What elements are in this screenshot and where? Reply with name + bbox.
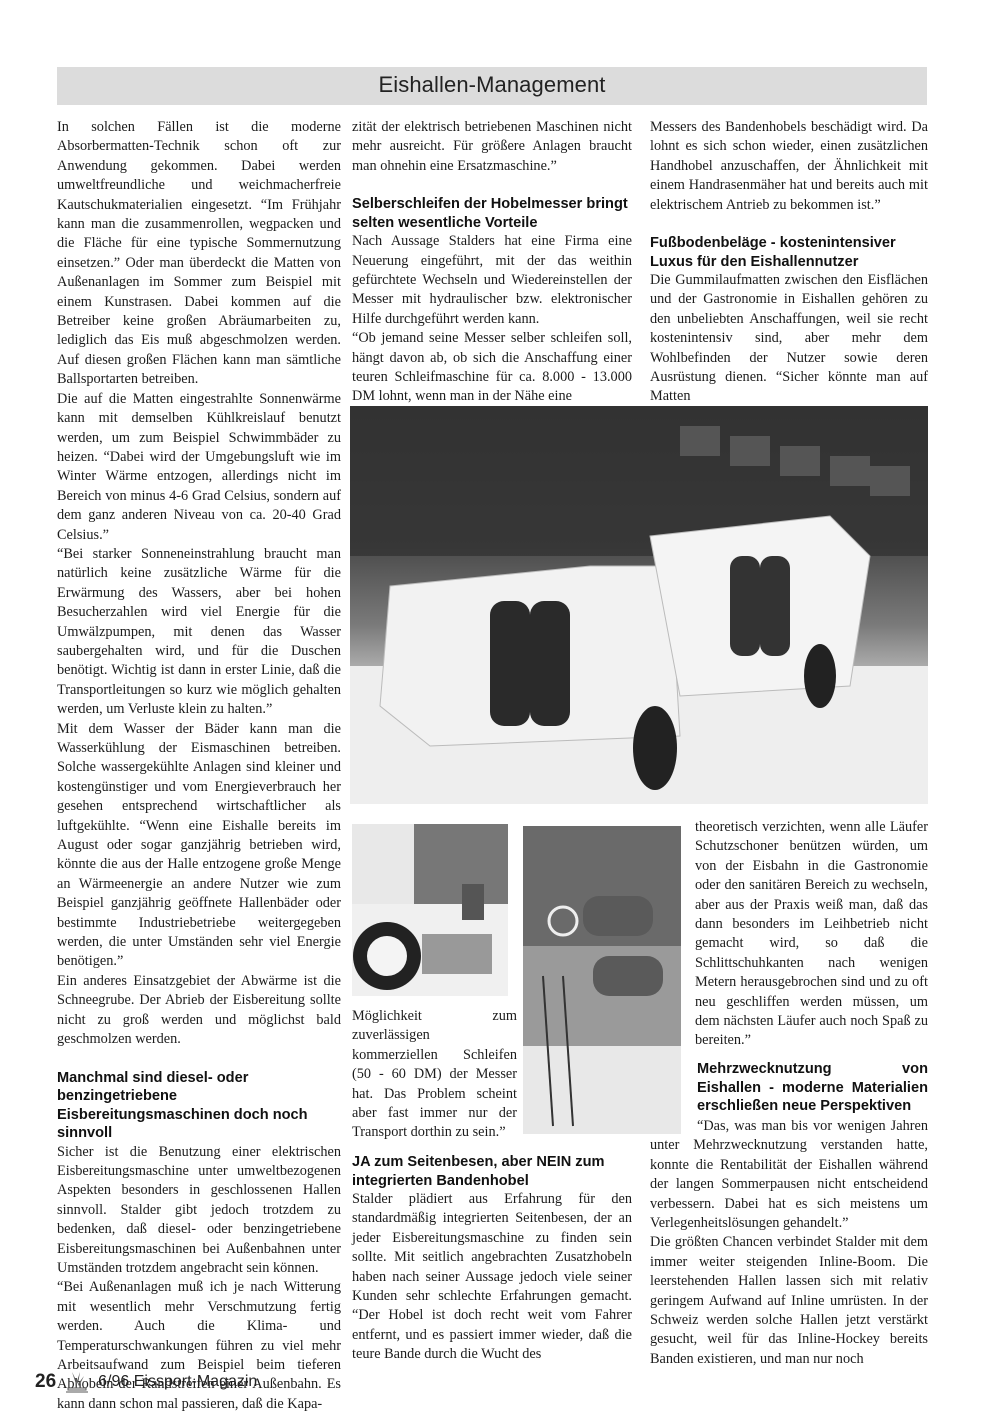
paragraph: Nach Aussage Stalders hat eine Firma ein… — [352, 232, 632, 329]
paragraph: Die auf die Matten eingestrahlte Sonnenw… — [57, 390, 341, 545]
column-1: In solchen Fällen ist die moderne Absorb… — [57, 118, 341, 1412]
paragraph: Möglichkeit zum zuverlässigen kommerziel… — [352, 1007, 517, 1143]
subheading: Fußbodenbeläge - kostenintensiver Luxus … — [650, 234, 928, 271]
subheading: JA zum Seitenbesen, aber NEIN zum integr… — [352, 1153, 632, 1190]
section-header-band: Eishallen-Management — [57, 67, 927, 105]
column-2-caption-text: Möglichkeit zum zuverlässigen kommerziel… — [352, 1007, 517, 1143]
column-2-top: zität der elektrisch betriebenen Maschin… — [352, 118, 632, 407]
section-title: Eishallen-Management — [57, 72, 927, 98]
paragraph: Die Gummilaufmatten zwischen den Eisfläc… — [650, 271, 928, 407]
paragraph: Ein anderes Einsatzgebiet der Abwärme is… — [57, 972, 341, 1050]
left-detail-photo — [352, 824, 508, 996]
column-3-middle: theoretisch verzichten, wenn alle Läufer… — [695, 818, 928, 1051]
paragraph: Messers des Bandenhobels beschädigt wird… — [650, 118, 928, 215]
paragraph: Die größten Chancen verbindet Stalder mi… — [650, 1233, 928, 1369]
paragraph: “Bei starker Sonneneinstrahlung braucht … — [57, 545, 341, 720]
column-3-heading-block: Mehrzwecknutzung von Eishallen - moderne… — [697, 1060, 928, 1116]
page-footer: 26 6/96 Eissport-Magazin — [35, 1370, 257, 1394]
subheading: Manchmal sind diesel- oder benzingetrieb… — [57, 1069, 341, 1143]
column-3-bottom: “Das, was man bis vor wenigen Jahren unt… — [650, 1117, 928, 1369]
column-2-bottom: JA zum Seitenbesen, aber NEIN zum integr… — [352, 1153, 632, 1365]
paragraph: zität der elektrisch betriebenen Maschin… — [352, 118, 632, 176]
ice-resurfacer-illustration — [350, 406, 928, 804]
paragraph: Mit dem Wasser der Bäder kann man die Wa… — [57, 720, 341, 972]
paragraph: “Ob jemand seine Messer selber schleifen… — [352, 329, 632, 407]
paragraph: Sicher ist die Benutzung einer elektrisc… — [57, 1143, 341, 1279]
subheading: Selberschleifen der Hobelmesser bringt s… — [352, 195, 632, 232]
page-number: 26 — [35, 1371, 56, 1393]
skate-logo-icon — [64, 1370, 90, 1394]
subheading: Mehrzwecknutzung von Eishallen - moderne… — [697, 1060, 928, 1116]
main-photo — [350, 406, 928, 804]
paragraph: theoretisch verzichten, wenn alle Läufer… — [695, 818, 928, 1051]
paragraph: In solchen Fällen ist die moderne Absorb… — [57, 118, 341, 390]
issue-label: 6/96 Eissport-Magazin — [98, 1373, 257, 1391]
paragraph: Stalder plädiert aus Erfahrung für den s… — [352, 1190, 632, 1365]
column-3-top: Messers des Bandenhobels beschädigt wird… — [650, 118, 928, 407]
paragraph: “Das, was man bis vor wenigen Jahren unt… — [650, 1117, 928, 1233]
right-detail-photo — [523, 826, 681, 1134]
